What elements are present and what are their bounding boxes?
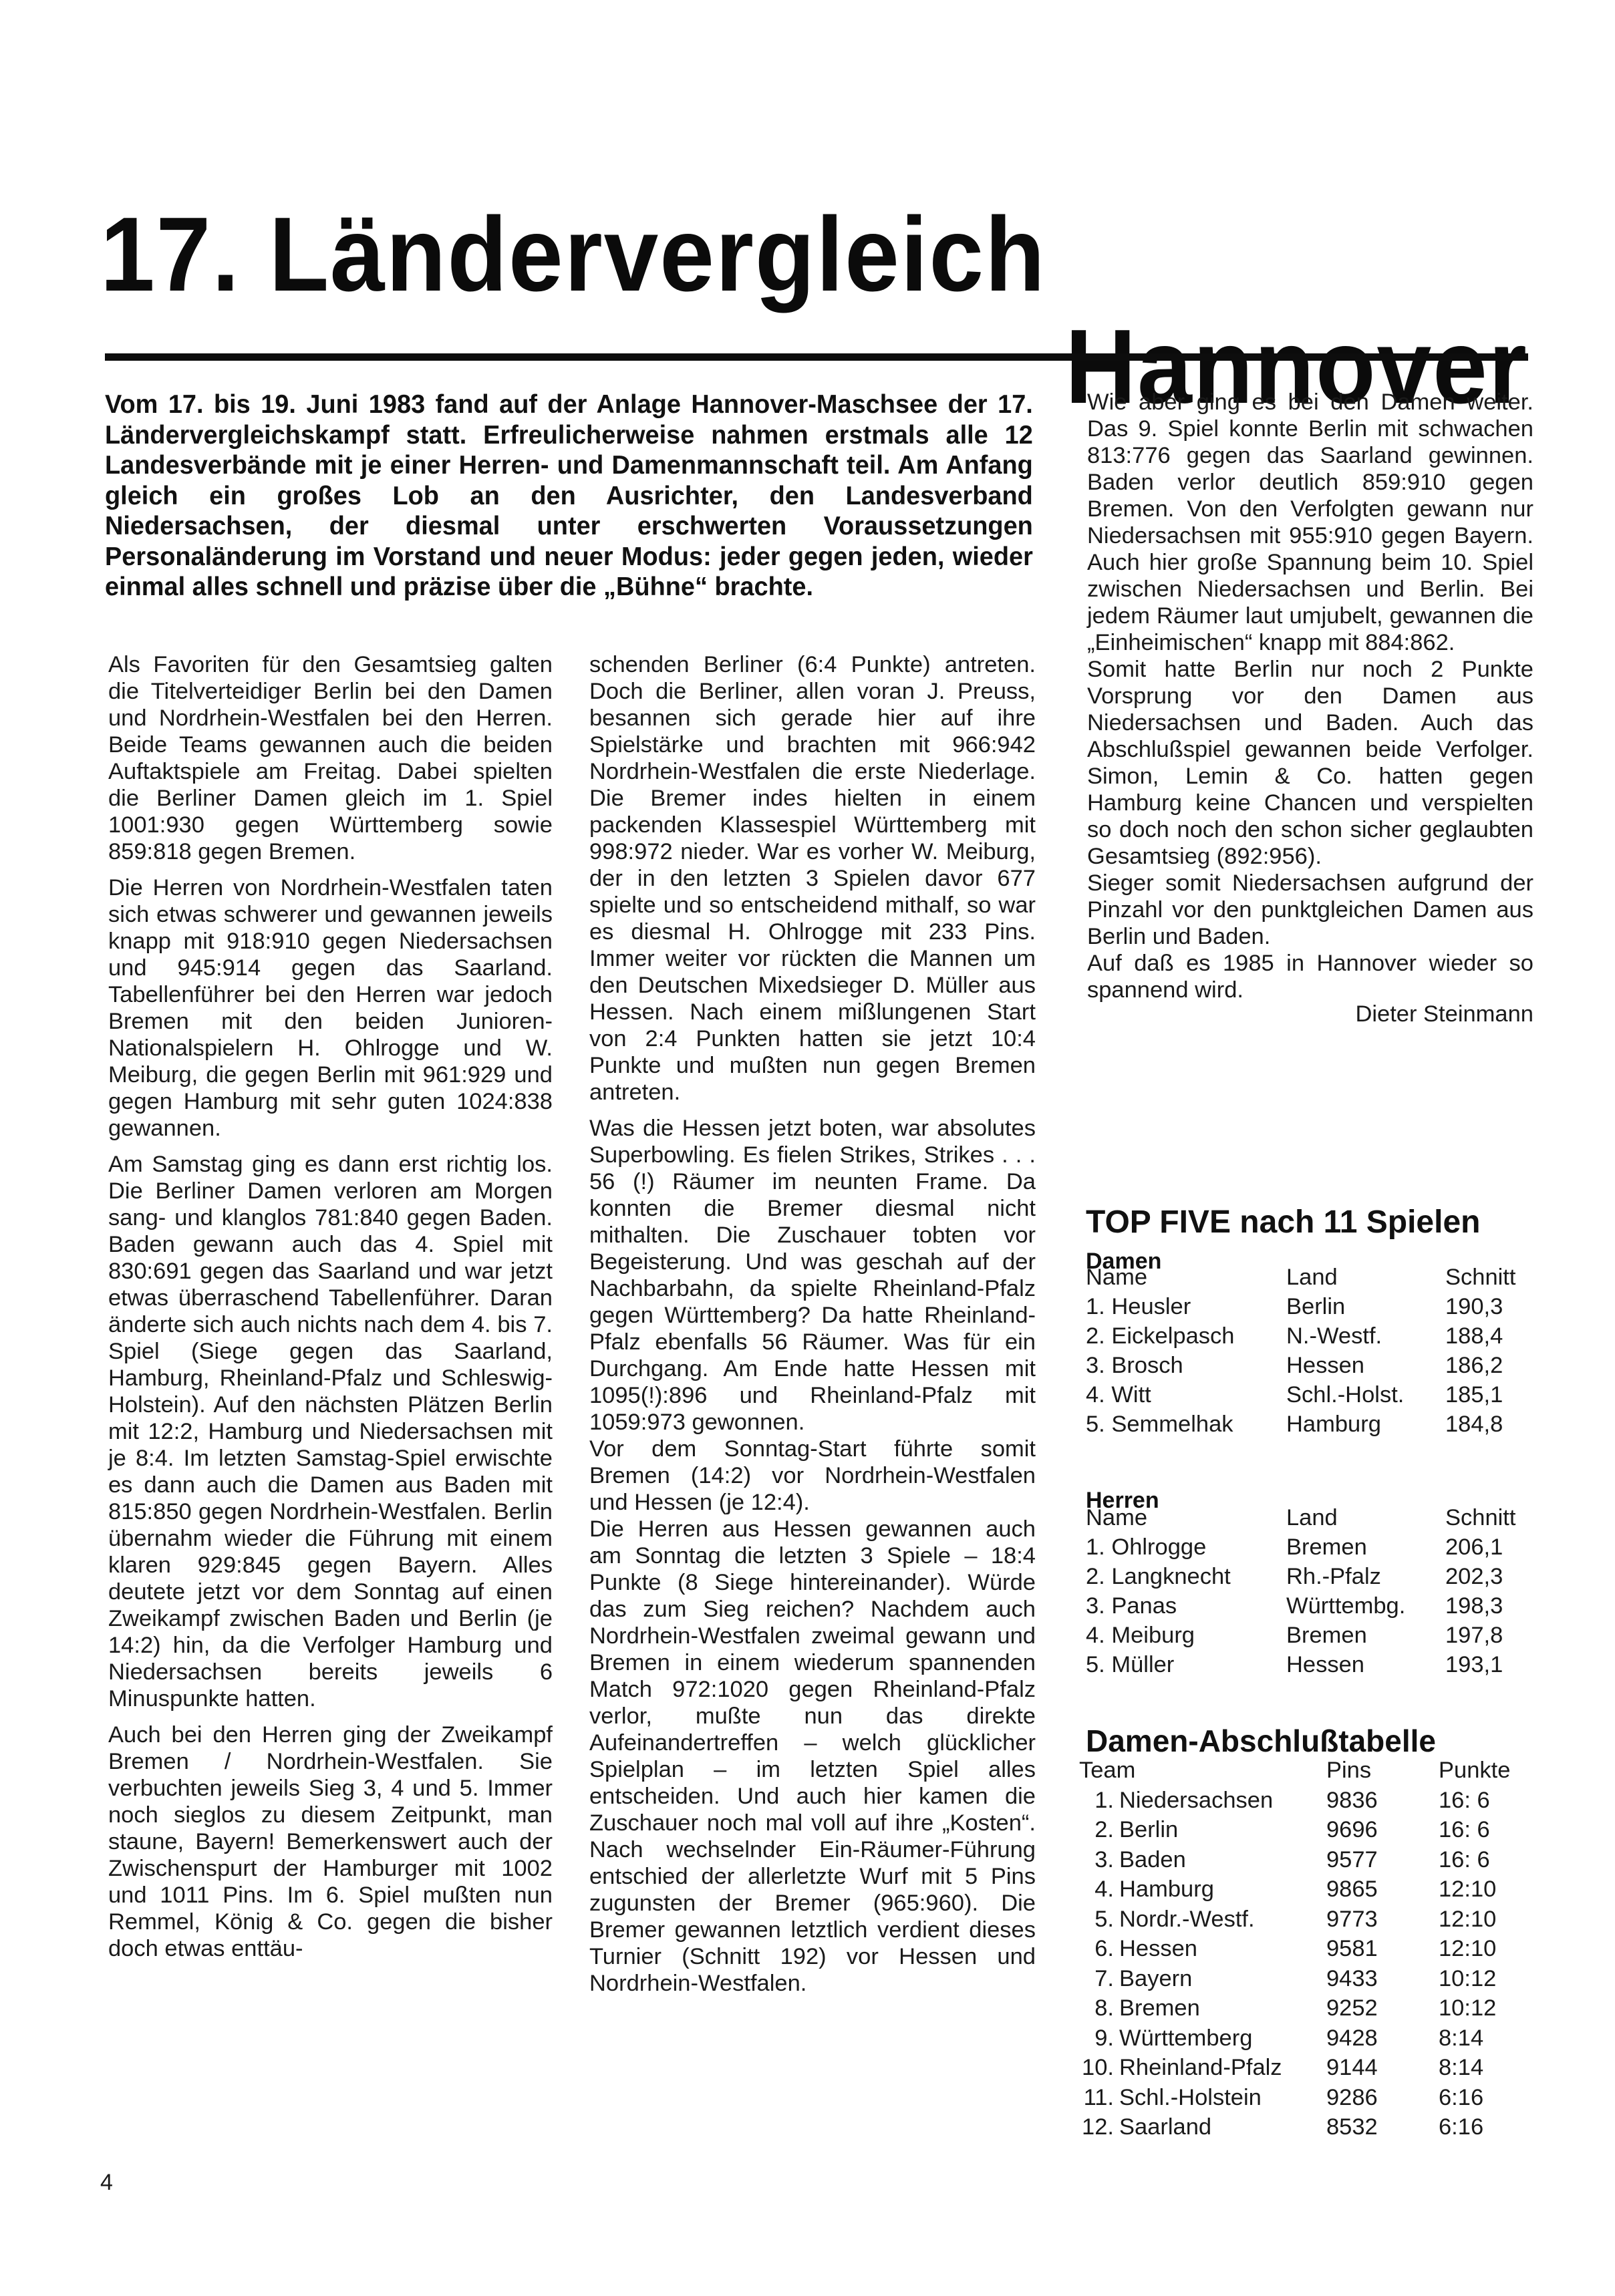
column-header-land: Land [1286, 1503, 1445, 1532]
table-row: 11.Schl.-Holstein92866:16 [1079, 2083, 1510, 2113]
team-pins: 8532 [1326, 2112, 1439, 2142]
player-land: Rh.-Pfalz [1286, 1562, 1445, 1591]
player-name: 4. Meiburg [1086, 1621, 1286, 1650]
team-rank: 12. [1079, 2112, 1114, 2142]
column-header-land: Land [1286, 1263, 1445, 1292]
team-name: Bayern [1119, 1966, 1192, 1991]
column-header-punkte: Punkte [1439, 1756, 1510, 1786]
player-average: 188,4 [1445, 1321, 1515, 1351]
table-row: 3. PanasWürttembg.198,3 [1086, 1591, 1515, 1621]
team-points: 16: 6 [1439, 1815, 1510, 1845]
paragraph: Vor dem Sonntag-Start führte somit Breme… [589, 1436, 1036, 1516]
column-header-schnitt: Schnitt [1445, 1503, 1515, 1532]
table-row: 9.Württemberg94288:14 [1079, 2023, 1510, 2054]
player-name: 2. Langknecht [1086, 1562, 1286, 1591]
team-points: 10:12 [1439, 1993, 1510, 2023]
table-row: 6.Hessen958112:10 [1079, 1934, 1510, 1964]
team-name: Baden [1119, 1847, 1186, 1872]
column-header-name: Name [1086, 1263, 1286, 1292]
table-row: 7.Bayern943310:12 [1079, 1964, 1510, 1994]
paragraph: Wie aber ging es bei den Damen weiter. D… [1087, 389, 1533, 656]
table-row: 5.Nordr.-Westf.977312:10 [1079, 1905, 1510, 1935]
table-row: 1. HeuslerBerlin190,3 [1086, 1292, 1515, 1321]
player-land: N.-Westf. [1286, 1321, 1445, 1351]
team-pins: 9865 [1326, 1874, 1439, 1905]
article-column-1: Als Favoriten für den Gesamtsieg galten … [108, 651, 553, 1971]
player-name: 5. Müller [1086, 1650, 1286, 1679]
team-name: Bremen [1119, 1995, 1200, 2021]
team-name: Nordr.-Westf. [1119, 1907, 1255, 1932]
player-name: 1. Ohlrogge [1086, 1532, 1286, 1562]
team-pins: 9252 [1326, 1993, 1439, 2023]
top-five-herren-table: Name Land Schnitt 1. OhlroggeBremen206,1… [1086, 1503, 1515, 1679]
table-row: 5. MüllerHessen193,1 [1086, 1650, 1515, 1679]
table-header-row: Name Land Schnitt [1086, 1263, 1515, 1292]
table-row: 10.Rheinland-Pfalz91448:14 [1079, 2053, 1510, 2083]
player-name: 2. Eickelpasch [1086, 1321, 1286, 1351]
damen-final-standings-table: Team Pins Punkte 1.Niedersachsen983616: … [1079, 1756, 1510, 2142]
player-land: Schl.-Holst. [1286, 1380, 1445, 1410]
page-number: 4 [100, 2170, 113, 2196]
team-name: Hessen [1119, 1936, 1197, 1961]
team-rank: 5. [1079, 1905, 1114, 1935]
paragraph: Die Herren von Nordrhein-Westfalen taten… [108, 874, 553, 1142]
team-pins: 9773 [1326, 1905, 1439, 1935]
player-name: 5. Semmelhak [1086, 1410, 1286, 1439]
player-land: Berlin [1286, 1292, 1445, 1321]
player-average: 184,8 [1445, 1410, 1515, 1439]
table-header-row: Team Pins Punkte [1079, 1756, 1510, 1786]
paragraph: Die Herren aus Hessen gewannen auch am S… [589, 1516, 1036, 1997]
table-row: 4. MeiburgBremen197,8 [1086, 1621, 1515, 1650]
paragraph: Auch bei den Herren ging der Zweikampf B… [108, 1721, 553, 1962]
article-title-line-1: 17. Ländervergleich [100, 201, 1046, 308]
team-pins: 9286 [1326, 2083, 1439, 2113]
team-pins: 9428 [1326, 2023, 1439, 2054]
player-average: 198,3 [1445, 1591, 1515, 1621]
team-rank: 2. [1079, 1815, 1114, 1845]
team-name: Württemberg [1119, 2025, 1252, 2051]
team-name: Berlin [1119, 1817, 1178, 1842]
table-row: 1.Niedersachsen983616: 6 [1079, 1786, 1510, 1816]
table-row: 4.Hamburg986512:10 [1079, 1874, 1510, 1905]
final-table-heading: Damen-Abschlußtabelle [1086, 1722, 1436, 1760]
team-name: Saarland [1119, 2114, 1211, 2140]
team-name: Schl.-Holstein [1119, 2085, 1262, 2110]
team-name: Rheinland-Pfalz [1119, 2055, 1282, 2080]
player-average: 202,3 [1445, 1562, 1515, 1591]
team-rank: 1. [1079, 1786, 1114, 1816]
table-row: 4. WittSchl.-Holst.185,1 [1086, 1380, 1515, 1410]
team-points: 8:14 [1439, 2023, 1510, 2054]
player-land: Bremen [1286, 1532, 1445, 1562]
player-average: 185,1 [1445, 1380, 1515, 1410]
player-land: Württembg. [1286, 1591, 1445, 1621]
paragraph: Am Samstag ging es dann erst richtig los… [108, 1151, 553, 1712]
player-name: 4. Witt [1086, 1380, 1286, 1410]
top-five-heading: TOP FIVE nach 11 Spielen [1086, 1204, 1480, 1241]
player-name: 3. Panas [1086, 1591, 1286, 1621]
table-row: 8.Bremen925210:12 [1079, 1993, 1510, 2023]
paragraph: Als Favoriten für den Gesamtsieg galten … [108, 651, 553, 865]
player-average: 190,3 [1445, 1292, 1515, 1321]
team-pins: 9144 [1326, 2053, 1439, 2083]
paragraph: Somit hatte Berlin nur noch 2 Punkte Vor… [1087, 656, 1533, 870]
team-rank: 7. [1079, 1964, 1114, 1994]
team-rank: 9. [1079, 2023, 1114, 2054]
article-column-3: Wie aber ging es bei den Damen weiter. D… [1087, 389, 1533, 1027]
paragraph: schenden Berliner (6:4 Punkte) antreten.… [589, 651, 1036, 1106]
team-pins: 9581 [1326, 1934, 1439, 1964]
player-average: 186,2 [1445, 1351, 1515, 1380]
team-points: 8:14 [1439, 2053, 1510, 2083]
table-row: 3.Baden957716: 6 [1079, 1845, 1510, 1875]
article-lead-paragraph: Vom 17. bis 19. Juni 1983 fand auf der A… [105, 389, 1033, 603]
player-land: Hessen [1286, 1351, 1445, 1380]
author-signature: Dieter Steinmann [1087, 1001, 1533, 1027]
paragraph: Auf daß es 1985 in Hannover wieder so sp… [1087, 950, 1533, 1003]
team-points: 12:10 [1439, 1934, 1510, 1964]
team-pins: 9433 [1326, 1964, 1439, 1994]
player-land: Hessen [1286, 1650, 1445, 1679]
team-rank: 3. [1079, 1845, 1114, 1875]
column-header-schnitt: Schnitt [1445, 1263, 1515, 1292]
top-five-damen-table: Name Land Schnitt 1. HeuslerBerlin190,3 … [1086, 1263, 1515, 1439]
table-row: 5. SemmelhakHamburg184,8 [1086, 1410, 1515, 1439]
team-rank: 11. [1079, 2083, 1114, 2113]
team-pins: 9577 [1326, 1845, 1439, 1875]
team-pins: 9836 [1326, 1786, 1439, 1816]
team-name: Niedersachsen [1119, 1788, 1273, 1813]
player-average: 197,8 [1445, 1621, 1515, 1650]
player-average: 206,1 [1445, 1532, 1515, 1562]
title-rule-divider [105, 353, 1528, 361]
table-row: 2. EickelpaschN.-Westf.188,4 [1086, 1321, 1515, 1351]
paragraph: Was die Hessen jetzt boten, war absolute… [589, 1115, 1036, 1436]
team-points: 6:16 [1439, 2112, 1510, 2142]
team-points: 10:12 [1439, 1964, 1510, 1994]
column-header-team: Team [1079, 1756, 1326, 1786]
team-name: Hamburg [1119, 1876, 1214, 1902]
player-land: Bremen [1286, 1621, 1445, 1650]
table-row: 3. BroschHessen186,2 [1086, 1351, 1515, 1380]
table-row: 2. LangknechtRh.-Pfalz202,3 [1086, 1562, 1515, 1591]
team-rank: 10. [1079, 2053, 1114, 2083]
player-average: 193,1 [1445, 1650, 1515, 1679]
lead-text: Vom 17. bis 19. Juni 1983 fand auf der A… [105, 389, 1033, 603]
table-row: 1. OhlroggeBremen206,1 [1086, 1532, 1515, 1562]
team-points: 16: 6 [1439, 1845, 1510, 1875]
team-rank: 4. [1079, 1874, 1114, 1905]
column-header-pins: Pins [1326, 1756, 1439, 1786]
column-header-name: Name [1086, 1503, 1286, 1532]
player-name: 3. Brosch [1086, 1351, 1286, 1380]
team-rank: 8. [1079, 1993, 1114, 2023]
team-points: 12:10 [1439, 1905, 1510, 1935]
table-row: 2.Berlin969616: 6 [1079, 1815, 1510, 1845]
team-points: 6:16 [1439, 2083, 1510, 2113]
paragraph: Sieger somit Niedersachsen aufgrund der … [1087, 870, 1533, 950]
table-header-row: Name Land Schnitt [1086, 1503, 1515, 1532]
team-points: 16: 6 [1439, 1786, 1510, 1816]
team-rank: 6. [1079, 1934, 1114, 1964]
article-column-2: schenden Berliner (6:4 Punkte) antreten.… [589, 651, 1036, 1997]
player-name: 1. Heusler [1086, 1292, 1286, 1321]
player-land: Hamburg [1286, 1410, 1445, 1439]
team-points: 12:10 [1439, 1874, 1510, 1905]
team-pins: 9696 [1326, 1815, 1439, 1845]
table-row: 12.Saarland85326:16 [1079, 2112, 1510, 2142]
